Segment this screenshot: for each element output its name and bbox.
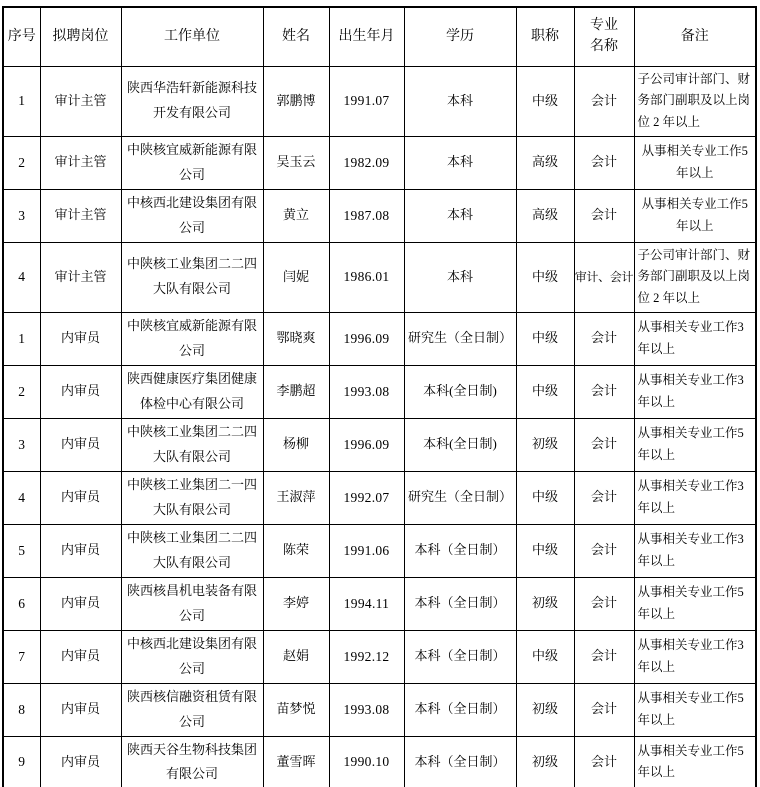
table-row: 4 内审员 中陕核工业集团二一四大队有限公司 王淑萍 1992.07 研究生（全… [3,471,756,524]
cell-major: 会计 [574,524,634,577]
cell-title: 初级 [516,683,574,736]
column-header-title: 职称 [516,7,574,66]
table-row: 3 审计主管 中核西北建设集团有限公司 黄立 1987.08 本科 高级 会计 … [3,189,756,242]
cell-birth: 1990.10 [329,736,404,787]
cell-major: 审计、会计 [574,242,634,312]
cell-employer: 陕西核昌机电装备有限公司 [121,577,263,630]
cell-name: 王淑萍 [263,471,329,524]
table-row: 2 内审员 陕西健康医疗集团健康体检中心有限公司 李鹏超 1993.08 本科(… [3,365,756,418]
cell-employer: 陕西核信融资租赁有限公司 [121,683,263,736]
cell-position: 内审员 [40,471,121,524]
cell-no: 8 [3,683,40,736]
cell-title: 高级 [516,136,574,189]
cell-major: 会计 [574,312,634,365]
cell-birth: 1992.12 [329,630,404,683]
column-header-major-line1: 专业 [577,16,632,36]
cell-employer: 中核西北建设集团有限公司 [121,189,263,242]
cell-birth: 1986.01 [329,242,404,312]
cell-no: 9 [3,736,40,787]
table-row: 9 内审员 陕西天谷生物科技集团有限公司 董雪晖 1990.10 本科（全日制）… [3,736,756,787]
cell-major: 会计 [574,683,634,736]
document-page: 序号 拟聘岗位 工作单位 姓名 出生年月 学历 职称 专业 名称 备注 1 审计… [0,0,760,787]
cell-no: 2 [3,136,40,189]
cell-education: 本科 [404,66,516,136]
cell-remark: 从事相关专业工作5年以上 [634,418,756,471]
cell-title: 初级 [516,736,574,787]
column-header-education: 学历 [404,7,516,66]
table-row: 7 内审员 中核西北建设集团有限公司 赵娟 1992.12 本科（全日制） 中级… [3,630,756,683]
cell-position: 审计主管 [40,242,121,312]
table-row: 8 内审员 陕西核信融资租赁有限公司 苗梦悦 1993.08 本科（全日制） 初… [3,683,756,736]
cell-education: 本科（全日制） [404,683,516,736]
cell-position: 内审员 [40,418,121,471]
cell-name: 赵娟 [263,630,329,683]
cell-birth: 1993.08 [329,683,404,736]
cell-name: 董雪晖 [263,736,329,787]
cell-education: 本科(全日制) [404,418,516,471]
column-header-name: 姓名 [263,7,329,66]
cell-education: 本科 [404,189,516,242]
cell-remark: 子公司审计部门、财务部门副职及以上岗位 2 年以上 [634,242,756,312]
cell-major: 会计 [574,136,634,189]
recruitment-table: 序号 拟聘岗位 工作单位 姓名 出生年月 学历 职称 专业 名称 备注 1 审计… [2,6,757,787]
cell-name: 李鹏超 [263,365,329,418]
cell-no: 5 [3,524,40,577]
cell-remark: 子公司审计部门、财务部门副职及以上岗位 2 年以上 [634,66,756,136]
cell-name: 黄立 [263,189,329,242]
cell-birth: 1993.08 [329,365,404,418]
cell-employer: 中陕核工业集团二二四大队有限公司 [121,418,263,471]
cell-remark: 从事相关专业工作5年以上 [634,577,756,630]
cell-title: 中级 [516,524,574,577]
table-row: 4 审计主管 中陕核工业集团二二四大队有限公司 闫妮 1986.01 本科 中级… [3,242,756,312]
cell-no: 3 [3,189,40,242]
cell-education: 本科(全日制) [404,365,516,418]
cell-education: 研究生（全日制） [404,471,516,524]
cell-remark: 从事相关专业工作3年以上 [634,471,756,524]
cell-remark: 从事相关专业工作3年以上 [634,312,756,365]
cell-title: 中级 [516,242,574,312]
cell-remark: 从事相关专业工作5年以上 [634,136,756,189]
cell-name: 苗梦悦 [263,683,329,736]
cell-name: 陈荣 [263,524,329,577]
cell-position: 内审员 [40,577,121,630]
cell-remark: 从事相关专业工作3年以上 [634,630,756,683]
cell-title: 中级 [516,312,574,365]
cell-education: 研究生（全日制） [404,312,516,365]
cell-name: 吴玉云 [263,136,329,189]
cell-position: 内审员 [40,683,121,736]
cell-no: 1 [3,66,40,136]
cell-employer: 中陕核宜威新能源有限公司 [121,136,263,189]
cell-employer: 陕西天谷生物科技集团有限公司 [121,736,263,787]
cell-remark: 从事相关专业工作5年以上 [634,189,756,242]
cell-title: 中级 [516,630,574,683]
cell-position: 审计主管 [40,136,121,189]
cell-remark: 从事相关专业工作5年以上 [634,683,756,736]
cell-title: 初级 [516,418,574,471]
cell-birth: 1996.09 [329,312,404,365]
cell-major: 会计 [574,630,634,683]
column-header-remark: 备注 [634,7,756,66]
cell-birth: 1992.07 [329,471,404,524]
cell-major: 会计 [574,471,634,524]
cell-birth: 1994.11 [329,577,404,630]
cell-birth: 1982.09 [329,136,404,189]
cell-major: 会计 [574,418,634,471]
cell-title: 初级 [516,577,574,630]
cell-title: 中级 [516,66,574,136]
cell-major: 会计 [574,66,634,136]
cell-name: 郭鹏博 [263,66,329,136]
cell-position: 内审员 [40,365,121,418]
column-header-employer: 工作单位 [121,7,263,66]
cell-major: 会计 [574,736,634,787]
cell-no: 2 [3,365,40,418]
table-row: 1 内审员 中陕核宜威新能源有限公司 鄂晓爽 1996.09 研究生（全日制） … [3,312,756,365]
cell-birth: 1987.08 [329,189,404,242]
cell-name: 杨柳 [263,418,329,471]
cell-birth: 1996.09 [329,418,404,471]
cell-position: 审计主管 [40,189,121,242]
cell-no: 1 [3,312,40,365]
cell-position: 内审员 [40,312,121,365]
cell-education: 本科 [404,136,516,189]
cell-employer: 中陕核工业集团二二四大队有限公司 [121,524,263,577]
cell-position: 内审员 [40,736,121,787]
column-header-no: 序号 [3,7,40,66]
table-row: 1 审计主管 陕西华浩轩新能源科技开发有限公司 郭鹏博 1991.07 本科 中… [3,66,756,136]
cell-education: 本科 [404,242,516,312]
cell-name: 李婷 [263,577,329,630]
cell-name: 鄂晓爽 [263,312,329,365]
cell-education: 本科（全日制） [404,577,516,630]
cell-birth: 1991.06 [329,524,404,577]
cell-remark: 从事相关专业工作3年以上 [634,524,756,577]
cell-major: 会计 [574,189,634,242]
cell-no: 7 [3,630,40,683]
cell-employer: 中陕核工业集团二二四大队有限公司 [121,242,263,312]
cell-no: 4 [3,471,40,524]
cell-title: 中级 [516,365,574,418]
cell-major: 会计 [574,577,634,630]
cell-employer: 中核西北建设集团有限公司 [121,630,263,683]
cell-position: 审计主管 [40,66,121,136]
column-header-major-line2: 名称 [577,37,632,57]
table-row: 3 内审员 中陕核工业集团二二四大队有限公司 杨柳 1996.09 本科(全日制… [3,418,756,471]
cell-employer: 中陕核工业集团二一四大队有限公司 [121,471,263,524]
cell-remark: 从事相关专业工作5年以上 [634,736,756,787]
cell-title: 高级 [516,189,574,242]
table-row: 6 内审员 陕西核昌机电装备有限公司 李婷 1994.11 本科（全日制） 初级… [3,577,756,630]
cell-no: 6 [3,577,40,630]
cell-remark: 从事相关专业工作3年以上 [634,365,756,418]
cell-position: 内审员 [40,630,121,683]
cell-employer: 陕西华浩轩新能源科技开发有限公司 [121,66,263,136]
cell-no: 4 [3,242,40,312]
cell-employer: 中陕核宜威新能源有限公司 [121,312,263,365]
table-row: 2 审计主管 中陕核宜威新能源有限公司 吴玉云 1982.09 本科 高级 会计… [3,136,756,189]
header-row: 序号 拟聘岗位 工作单位 姓名 出生年月 学历 职称 专业 名称 备注 [3,7,756,66]
cell-position: 内审员 [40,524,121,577]
cell-employer: 陕西健康医疗集团健康体检中心有限公司 [121,365,263,418]
cell-education: 本科（全日制） [404,736,516,787]
cell-no: 3 [3,418,40,471]
column-header-position: 拟聘岗位 [40,7,121,66]
cell-education: 本科（全日制） [404,524,516,577]
cell-birth: 1991.07 [329,66,404,136]
cell-title: 中级 [516,471,574,524]
column-header-birth: 出生年月 [329,7,404,66]
column-header-major: 专业 名称 [574,7,634,66]
table-row: 5 内审员 中陕核工业集团二二四大队有限公司 陈荣 1991.06 本科（全日制… [3,524,756,577]
cell-major: 会计 [574,365,634,418]
cell-name: 闫妮 [263,242,329,312]
cell-education: 本科（全日制） [404,630,516,683]
